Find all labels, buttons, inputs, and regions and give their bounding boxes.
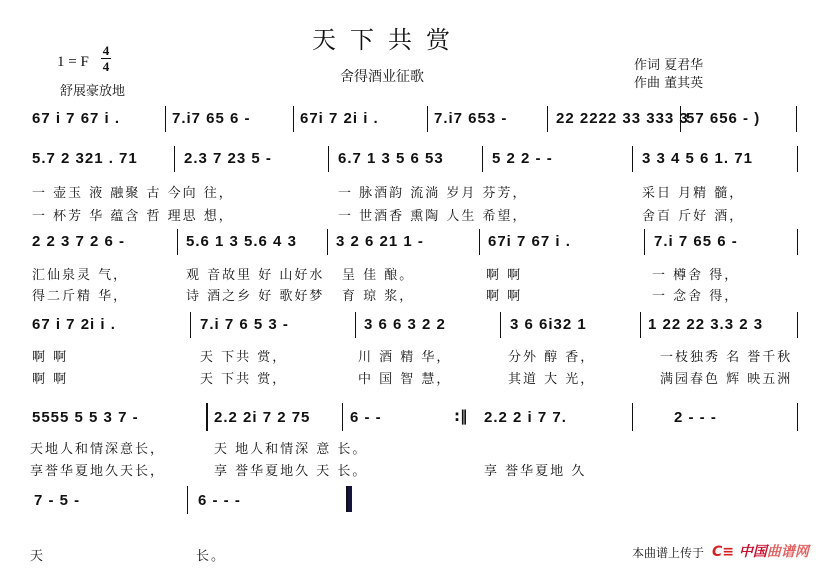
lyric-verse-1: 分外 醇 香， [508, 346, 595, 365]
barline [797, 146, 798, 172]
measure: 7.i7 65 6 - [172, 110, 251, 127]
measure: 7.i 7 6 5 3 - [200, 316, 289, 333]
lyric-verse-1: 呈 佳 酿。 [342, 264, 414, 283]
lyric-verse-1: 一枝独秀 名 誉千秋 [660, 346, 792, 365]
lyric-verse-1: 采日 月精 髓， [642, 182, 744, 201]
lyric-verse-1: 汇仙泉灵 气， [32, 264, 128, 283]
lyric-verse-2: 享 誉华夏地 久 [484, 460, 586, 479]
lyric-verse-2: 啊 啊 [486, 285, 522, 304]
measure: 5 2 2 - - [492, 150, 553, 167]
lyric-verse-1: 川 酒 精 华， [358, 346, 451, 365]
lyric-verse-1: 天 地人和情深 意 长。 [214, 438, 367, 457]
measure: 6 - - [350, 409, 382, 426]
lyric-verse-1: 一 壶玉 液 融聚 古 今向 往， [32, 182, 234, 201]
measure: 3 3 4 5 6 1. 71 [642, 150, 753, 167]
lyric-verse-2: 其道 大 光， [508, 368, 595, 387]
measure: 2 2 3 7 2 6 - [32, 233, 125, 250]
lyric-verse-2: 舍百 斤好 酒， [642, 205, 744, 224]
song-subtitle: 舍得酒业征歌 [340, 66, 424, 86]
site-name-part1: 中国 [739, 544, 767, 560]
barline [547, 106, 548, 132]
barline [165, 106, 166, 132]
barline [644, 229, 645, 255]
barline [632, 403, 633, 431]
measure: 7.i7 653 - [434, 110, 507, 127]
measure: 3 6 6i32 1 [510, 316, 587, 333]
barline [187, 486, 188, 514]
measure: 6.7 1 3 5 6 53 [338, 150, 444, 167]
barline [797, 312, 798, 338]
lyric-verse-2: 享 誉华夏地久 天 长。 [214, 460, 367, 479]
barline [427, 106, 428, 132]
measure: 67i 7 2i i . [300, 110, 379, 127]
lyric-verse-2: 天 下共 赏， [200, 368, 287, 387]
final-barline [346, 486, 352, 512]
lyric-verse-1: 啊 啊 [32, 346, 68, 365]
barline [796, 106, 797, 132]
measure: 57 656 - ) [686, 110, 760, 127]
measure: 2.2 2 i 7 7. [484, 409, 567, 426]
lyric-verse-1: 观 音故里 好 山好水 [186, 264, 324, 283]
lyric-verse-2: 育 琼 浆， [342, 285, 414, 304]
lyric-verse-2: 一 杯芳 华 蕴含 哲 理思 想， [32, 205, 234, 224]
lyric-verse-2: 一 念舍 得， [652, 285, 739, 304]
lyric-verse-2: 满园春色 辉 映五洲 [660, 368, 792, 387]
measure: 2.3 7 23 5 - [184, 150, 272, 167]
lyric-verse-1: 天 下共 赏， [200, 346, 287, 365]
logo-icon: C≡ [712, 544, 734, 560]
upload-credit: 本曲谱上传于 [632, 544, 704, 561]
barline [355, 312, 356, 338]
lyric-verse-2: 享誉华夏地久天长， [30, 460, 165, 479]
barline [342, 403, 343, 431]
measure: 6 - - - [198, 492, 241, 509]
song-title: 天下共赏 [312, 20, 464, 55]
measure: 5555 5 5 3 7 - [32, 409, 139, 426]
time-signature-top: 4 [103, 43, 110, 58]
key-signature: 1 = F [57, 54, 89, 71]
measure: 3 6 6 3 2 2 [364, 316, 446, 333]
repeat-end-sign: :‖ [454, 407, 468, 425]
measure: 67 i 7 67 i . [32, 110, 120, 127]
composer-credit: 作曲 董其英 [634, 72, 703, 91]
lyric-verse-1: 天 [30, 545, 45, 564]
barline [293, 106, 294, 132]
lyric-verse-1: 长。 [196, 545, 226, 564]
measure: 67 i 7 2i i . [32, 316, 116, 333]
barline [640, 312, 641, 338]
barline [328, 146, 329, 172]
tempo-marking: 舒展豪放地 [60, 80, 125, 99]
measure: 5.6 1 3 5.6 4 3 [186, 233, 297, 250]
barline [190, 312, 191, 338]
barline [479, 229, 480, 255]
measure: 67i 7 67 i . [488, 233, 571, 250]
barline [206, 403, 208, 431]
lyric-verse-2: 啊 啊 [32, 368, 68, 387]
barline [482, 146, 483, 172]
barline [177, 229, 178, 255]
lyric-verse-2: 得二斤精 华， [32, 285, 128, 304]
measure: 1 22 22 3.3 2 3 [648, 316, 763, 333]
barline [632, 146, 633, 172]
measure: 7.i 7 65 6 - [654, 233, 738, 250]
barline [327, 229, 328, 255]
barline [500, 312, 501, 338]
lyric-verse-1: 天地人和情深意长， [30, 438, 165, 457]
time-signature: 4 4 [101, 44, 111, 73]
measure: 2 - - - [674, 409, 717, 426]
lyric-verse-1: 一 脉酒韵 流淌 岁月 芬芳， [338, 182, 528, 201]
lyric-verse-2: 中 国 智 慧， [358, 368, 451, 387]
site-name-part2: 曲谱网 [767, 544, 809, 560]
lyric-verse-2: 诗 酒之乡 好 歌好梦 [186, 285, 324, 304]
measure: 5.7 2 321 . 71 [32, 150, 138, 167]
lyric-verse-1: 一 樽舍 得， [652, 264, 739, 283]
barline [797, 229, 798, 255]
measure: 7 - 5 - [34, 492, 80, 509]
lyric-verse-1: 啊 啊 [486, 264, 522, 283]
barline [680, 106, 681, 132]
barline [797, 403, 798, 431]
measure: 22 2222 33 333 3 [556, 110, 689, 127]
lyric-verse-2: 一 世酒香 熏陶 人生 希望， [338, 205, 528, 224]
time-signature-bottom: 4 [103, 59, 110, 74]
site-logo[interactable]: C≡ 中国曲谱网 [712, 541, 809, 561]
measure: 3 2 6 21 1 - [336, 233, 424, 250]
barline [174, 146, 175, 172]
lyricist-credit: 作词 夏君华 [634, 54, 703, 73]
measure: 2.2 2i 7 2 75 [214, 409, 310, 426]
